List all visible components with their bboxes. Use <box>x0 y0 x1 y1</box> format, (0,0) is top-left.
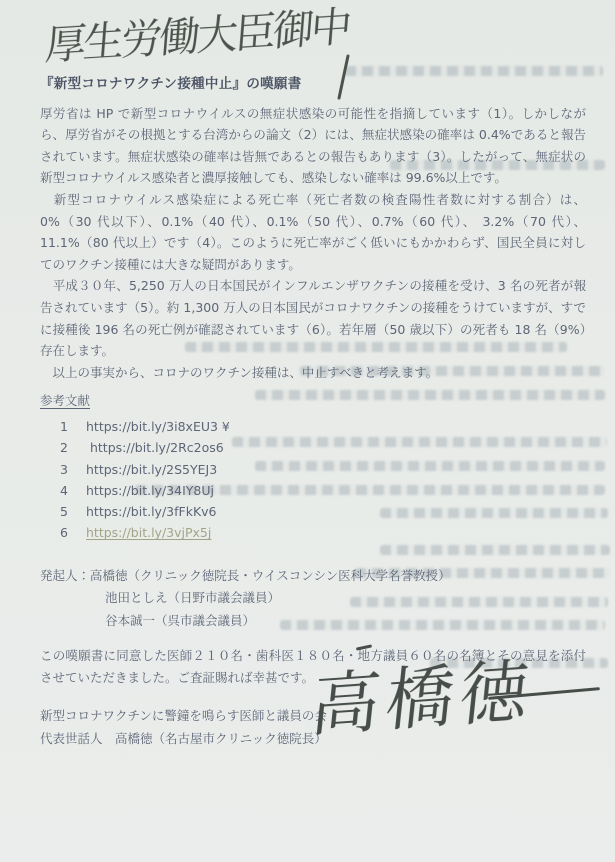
paragraph: 以上の事実から、コロナのワクチン接種は、中止すべきと考えます。 <box>40 362 586 384</box>
reference-item: 3 https://bit.ly/2S5YEJ3 <box>40 459 586 480</box>
reference-number: 6 <box>60 522 86 543</box>
initiator-row: 発起人： 高橋徳（クリニック徳院長・ウイスコンシン医科大学名誉教授） <box>40 565 586 588</box>
reference-item: 2 https://bit.ly/2Rc2os6 <box>40 437 586 458</box>
reference-url: https://bit.ly/34IY8Uj <box>86 480 214 501</box>
initiator-name: 高橋徳（クリニック徳院長・ウイスコンシン医科大学名誉教授） <box>90 565 451 588</box>
reference-item: 4 https://bit.ly/34IY8Uj <box>40 480 586 501</box>
reference-number: 3 <box>60 459 86 480</box>
reference-url: https://bit.ly/2Rc2os6 <box>86 437 224 458</box>
reference-item: 1 https://bit.ly/3i8xEU3 ¥ <box>40 416 586 437</box>
initiators-section: 発起人： 高橋徳（クリニック徳院長・ウイスコンシン医科大学名誉教授） 池田としえ… <box>40 565 586 633</box>
initiator-name: 谷本誠一（呉市議会議員） <box>105 613 255 628</box>
handwritten-signature: 高橋徳 <box>308 637 540 750</box>
reference-item: 6 https://bit.ly/3vjPx5j <box>40 522 586 543</box>
paragraph: 平成３０年、5,250 万人の日本国民がインフルエンザワクチンの接種を受け、3 … <box>40 275 586 361</box>
initiator-row: 谷本誠一（呉市議会議員） <box>40 610 586 633</box>
initiator-row: 池田としえ（日野市議会議員） <box>40 587 586 610</box>
reference-item: 5 https://bit.ly/3fFkKv6 <box>40 501 586 522</box>
body-paragraphs: 厚労省は HP で新型コロナウイルスの無症状感染の可能性を指摘しています（1）。… <box>40 103 586 384</box>
paragraph: 厚労省は HP で新型コロナウイルスの無症状感染の可能性を指摘しています（1）。… <box>40 103 586 189</box>
references-heading: 参考文献 <box>40 390 90 412</box>
reference-url: https://bit.ly/2S5YEJ3 <box>86 459 217 480</box>
paragraph: 新型コロナウイルス感染症による死亡率（死亡者数の検査陽性者数に対する割合）は、0… <box>40 189 586 275</box>
reference-url: https://bit.ly/3fFkKv6 <box>86 501 217 522</box>
initiators-label: 発起人： <box>40 565 90 588</box>
handwritten-addressee: 厚生労働大臣御中 <box>43 0 351 71</box>
reference-url: https://bit.ly/3i8xEU3 ¥ <box>86 416 230 437</box>
scanned-petition-document: 厚生労働大臣御中 『新型コロナワクチン接種中止』の嘆願書 厚労省は HP で新型… <box>0 0 615 862</box>
reference-number: 5 <box>60 501 86 522</box>
reference-number: 1 <box>60 416 86 437</box>
reference-number: 2 <box>60 437 86 458</box>
reference-number: 4 <box>60 480 86 501</box>
initiator-name: 池田としえ（日野市議会議員） <box>105 590 280 605</box>
document-title: 『新型コロナワクチン接種中止』の嘆願書 <box>40 74 586 96</box>
reference-url-link: https://bit.ly/3vjPx5j <box>86 522 211 543</box>
references-section: 参考文献 1 https://bit.ly/3i8xEU3 ¥ 2 https:… <box>40 390 586 543</box>
